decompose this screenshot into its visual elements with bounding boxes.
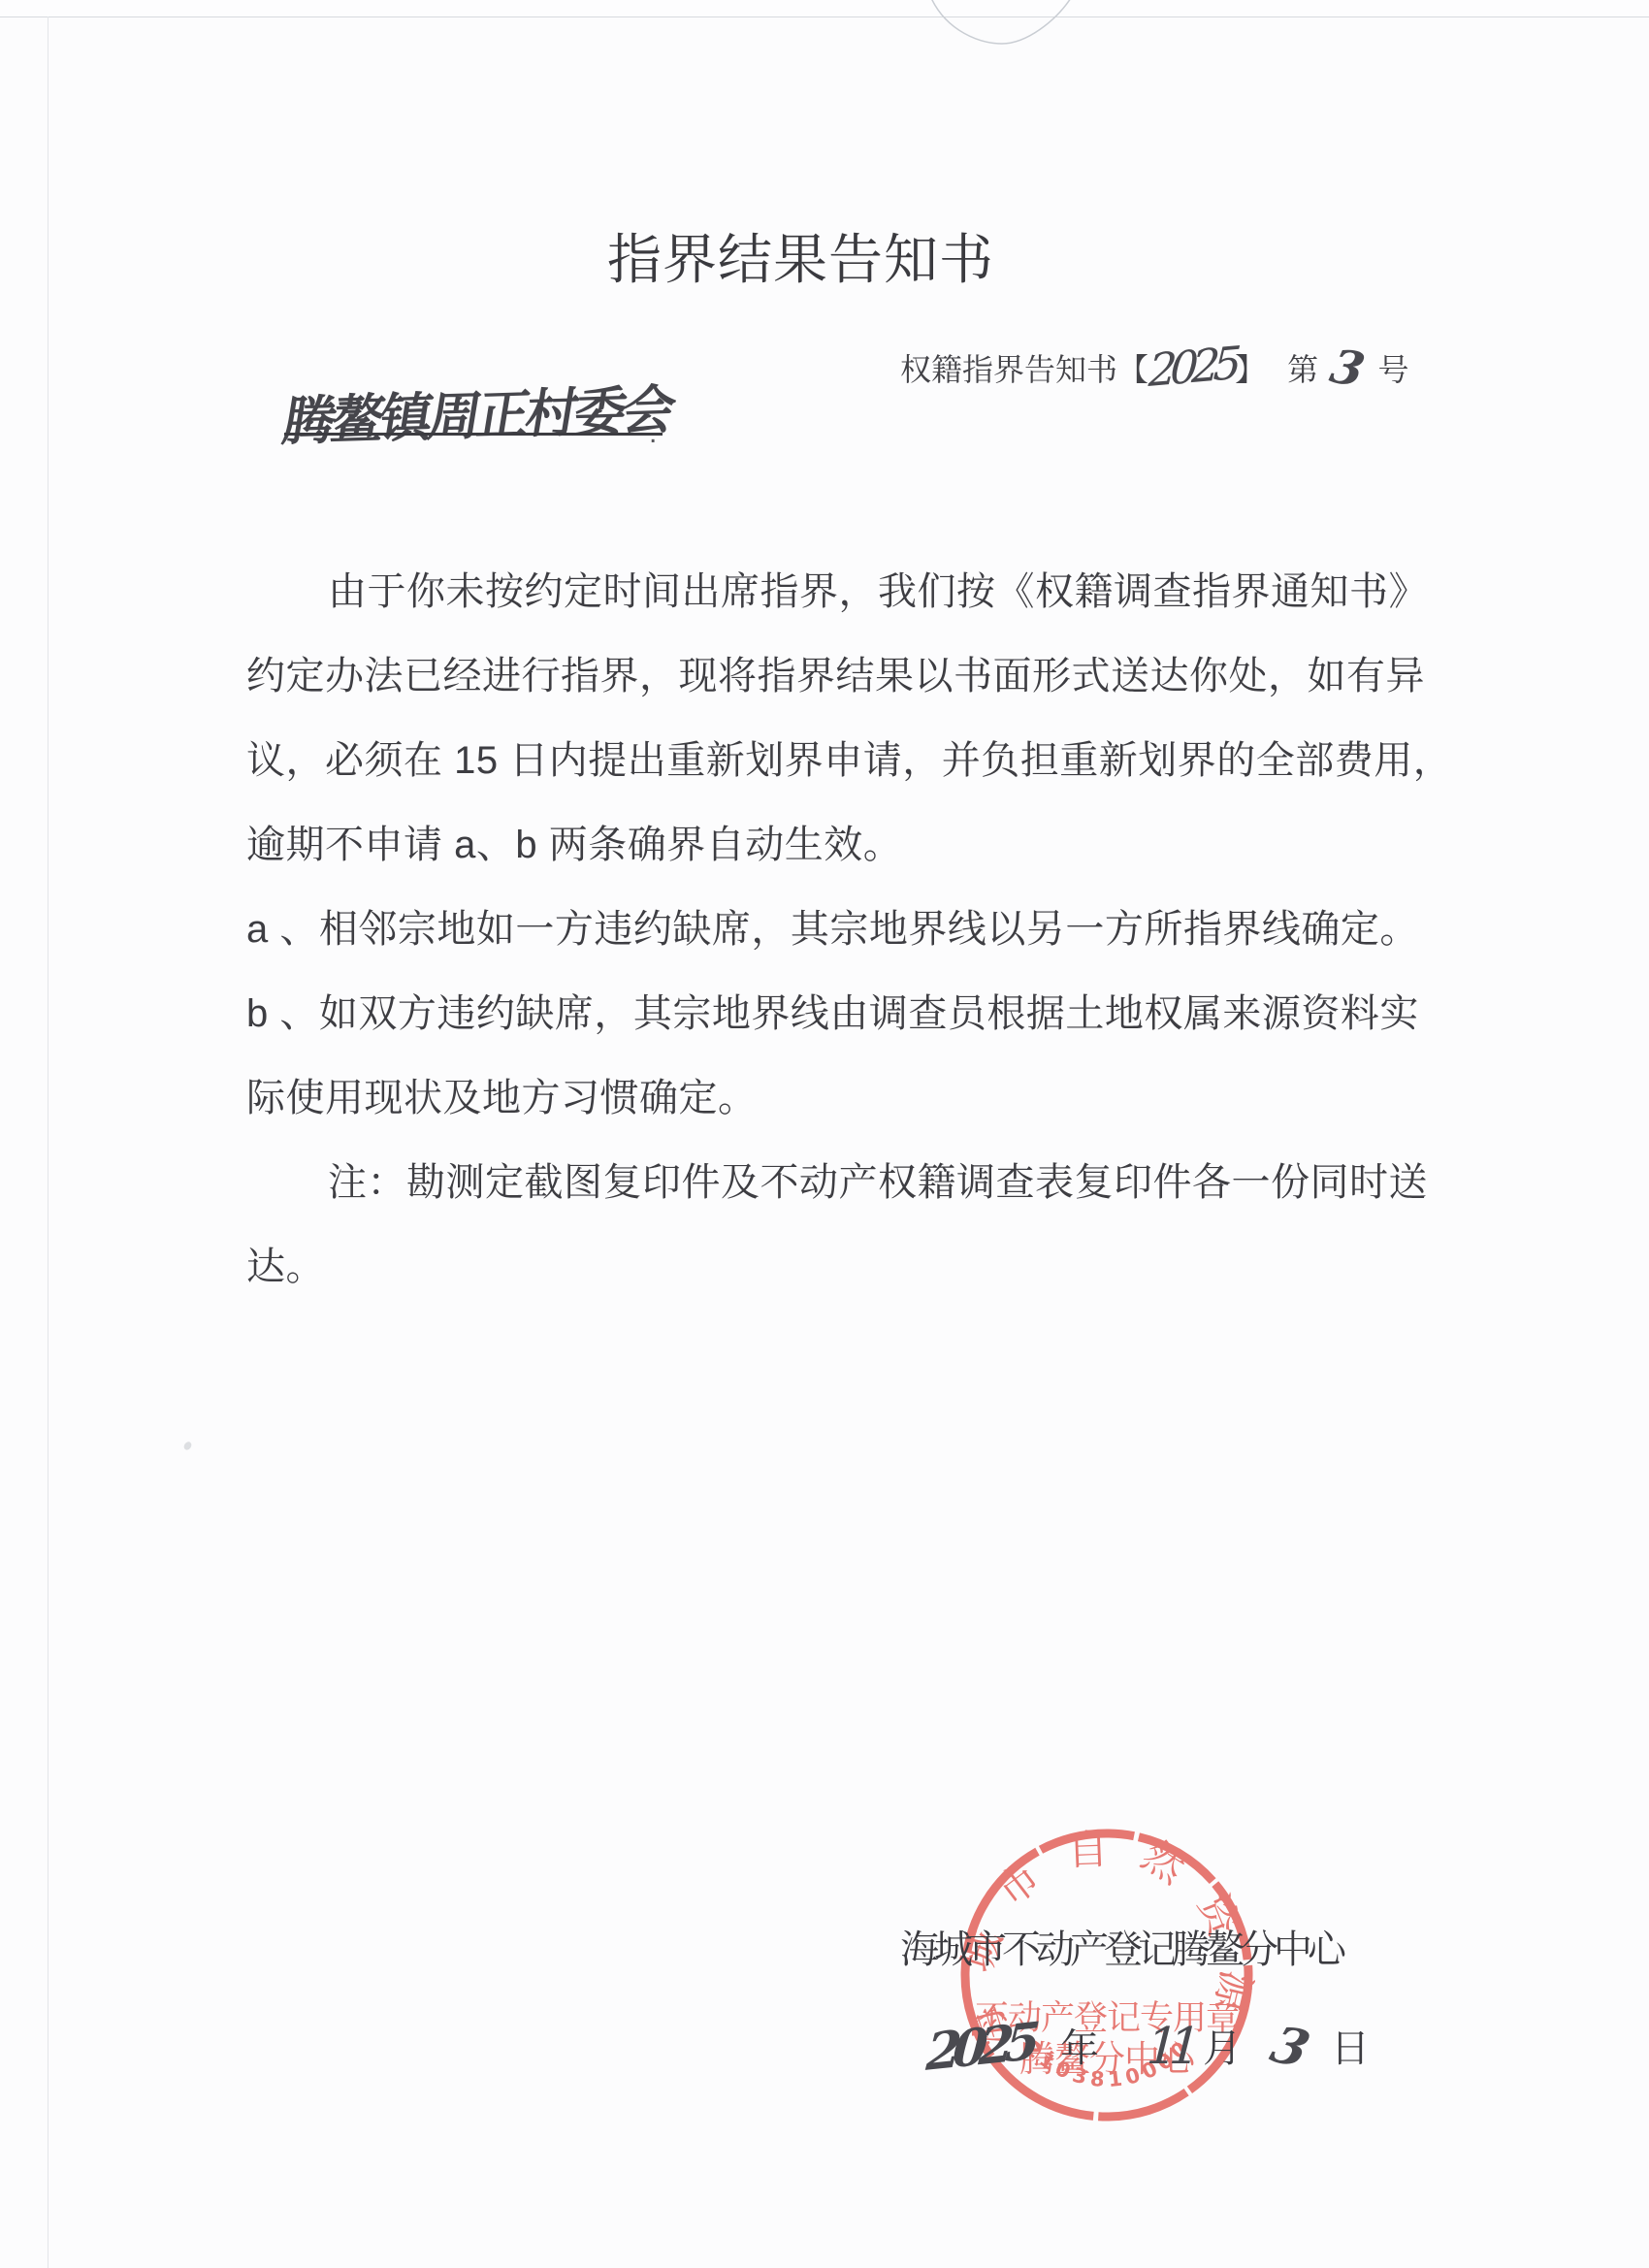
body-line: 际使用现状及地方习惯确定。 <box>246 1074 1425 1158</box>
date-day-label: 日 <box>1331 2018 1370 2073</box>
body-line: b 、如双方违约缺席，其宗地界线由调查员根据土地权属来源资料实 <box>246 989 1425 1074</box>
scan-edge-left-line <box>48 16 48 2268</box>
scan-edge-top-strip <box>0 0 1649 16</box>
addressee-underline <box>284 433 663 436</box>
body-line: 由于你未按约定时间出席指界，我们按《权籍调查指界通知书》 <box>246 567 1425 652</box>
date-month-handwritten: 11 <box>1145 2018 1192 2076</box>
doc-no-issue-suffix: 号 <box>1378 352 1409 387</box>
body-line: 约定办法已经进行指界，现将指界结果以书面形式送达你处，如有异 <box>246 652 1425 736</box>
doc-no-bracket-close: 】 <box>1235 352 1266 387</box>
issuing-org: 海城市不动产登记腾鳌分中心 <box>900 1919 1342 1974</box>
doc-no-prefix: 权籍指界告知书 <box>900 352 1117 387</box>
paper-curl-artifact <box>929 0 1075 47</box>
scan-edge-top-line <box>0 16 1649 17</box>
date-day-handwritten: 3 <box>1264 2016 1316 2080</box>
addressee-block: 腾鳌镇周正村委会 . <box>284 374 692 449</box>
body-line: 达。 <box>246 1243 1425 1327</box>
body-line: a 、相邻宗地如一方违约缺席，其宗地界线以另一方所指界线确定。 <box>246 905 1425 989</box>
date-month-label: 月 <box>1203 2018 1242 2073</box>
body-line: 逾期不申请 a、b 两条确界自动生效。 <box>246 821 1425 905</box>
date-year-handwritten: 2025 <box>924 2012 1033 2083</box>
body-text: 由于你未按约定时间出席指界，我们按《权籍调查指界通知书》 约定办法已经进行指界，… <box>246 567 1425 1327</box>
date-year-label: 年 <box>1060 2018 1099 2073</box>
body-line: 注：勘测定截图复印件及不动产权籍调查表复印件各一份同时送 <box>246 1158 1425 1243</box>
doc-no-issue-label: 第 <box>1287 352 1318 387</box>
document-title: 指界结果告知书 <box>607 217 1053 295</box>
addressee-name-handwritten: 腾鳌镇周正村委会 <box>278 369 678 456</box>
body-line: 议，必须在 15 日内提出重新划界申请，并负担重新划界的全部费用， <box>246 736 1425 821</box>
doc-no-year-handwritten: 2025 <box>1148 337 1237 397</box>
date-line: 2025 年 11 月 3 日 <box>921 2004 1426 2091</box>
scan-speck <box>182 1441 193 1451</box>
doc-no-bracket-open: 【 <box>1117 352 1148 387</box>
document-number-line: 权籍指界告知书【2025】第3号 <box>900 338 1409 392</box>
doc-no-issue-number-handwritten: 3 <box>1325 340 1370 398</box>
scanned-document-page: 指界结果告知书 权籍指界告知书【2025】第3号 腾鳌镇周正村委会 . 由于你未… <box>0 0 1649 2268</box>
